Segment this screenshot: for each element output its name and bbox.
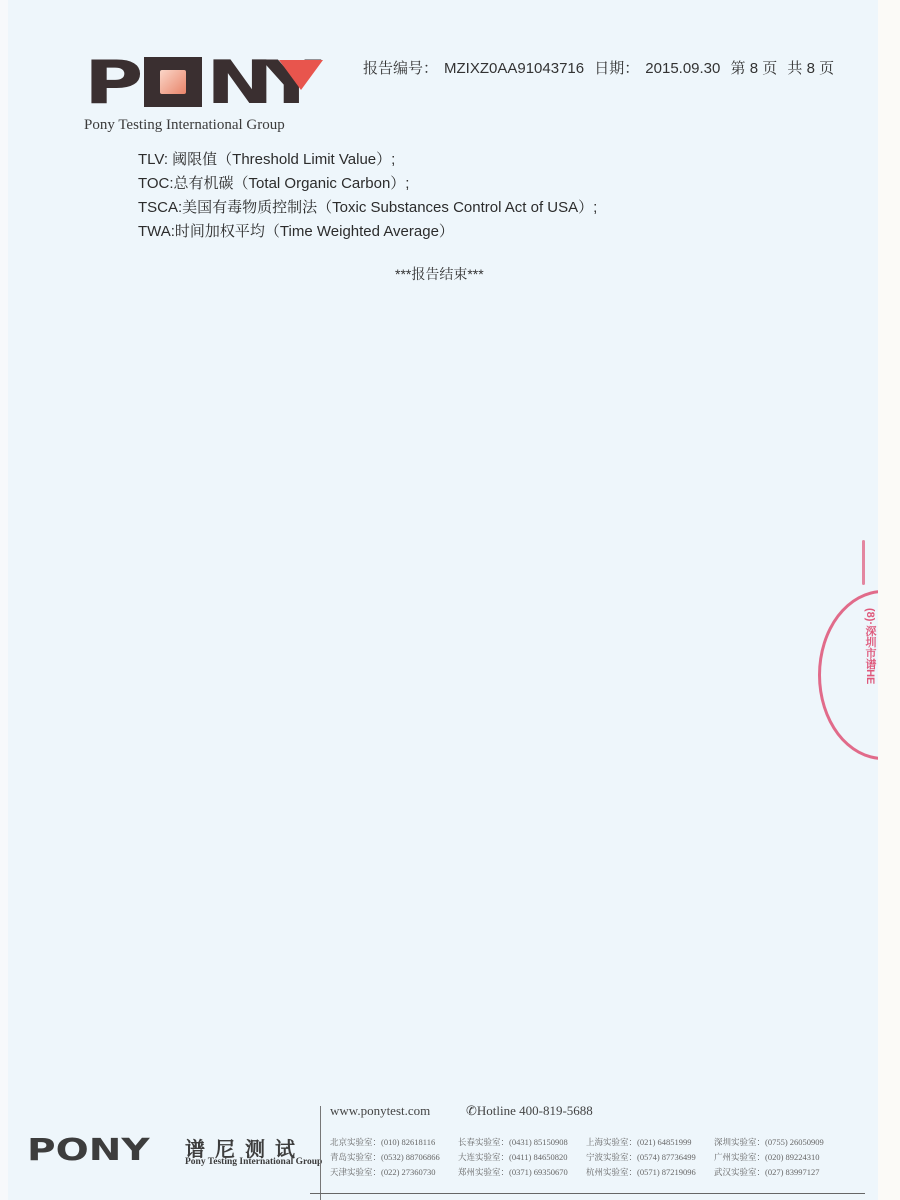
lab-contact: 大连实验室：(0411) 84650820 <box>458 1151 586 1163</box>
footer-logo-text: PONY <box>27 1136 150 1166</box>
lab-contact: 宁波实验室：(0574) 87736499 <box>586 1151 714 1163</box>
stamp-arc <box>862 540 865 585</box>
website-link[interactable]: www.ponytest.com <box>330 1103 430 1119</box>
footer-logo-subtitle: Pony Testing International Group <box>185 1157 322 1167</box>
stamp-clip: (8)·深圳市谱HE <box>0 0 878 1200</box>
lab-contact: 长春实验室：(0431) 85150908 <box>458 1136 586 1148</box>
lab-contact: 天津实验室：(022) 27360730 <box>330 1166 458 1178</box>
footer-divider-horizontal <box>310 1193 865 1194</box>
lab-contact: 深圳实验室：(0755) 26050909 <box>714 1136 844 1148</box>
lab-contacts: 北京实验室：(010) 82618116 长春实验室：(0431) 851509… <box>330 1136 844 1178</box>
footer-divider-vertical <box>320 1106 321 1200</box>
lab-contact: 广州实验室：(020) 89224310 <box>714 1151 844 1163</box>
lab-contact: 上海实验室：(021) 64851999 <box>586 1136 714 1148</box>
page-edge <box>878 0 900 1200</box>
lab-contact: 武汉实验室：(027) 83997127 <box>714 1166 844 1178</box>
lab-contact: 北京实验室：(010) 82618116 <box>330 1136 458 1148</box>
lab-contact: 青岛实验室：(0532) 88706866 <box>330 1151 458 1163</box>
lab-contact: 杭州实验室：(0571) 87219096 <box>586 1166 714 1178</box>
hotline: ✆Hotline 400-819-5688 <box>466 1103 593 1119</box>
stamp-text: (8)·深圳市谱HE <box>858 608 878 684</box>
lab-contact: 郑州实验室：(0371) 69350670 <box>458 1166 586 1178</box>
